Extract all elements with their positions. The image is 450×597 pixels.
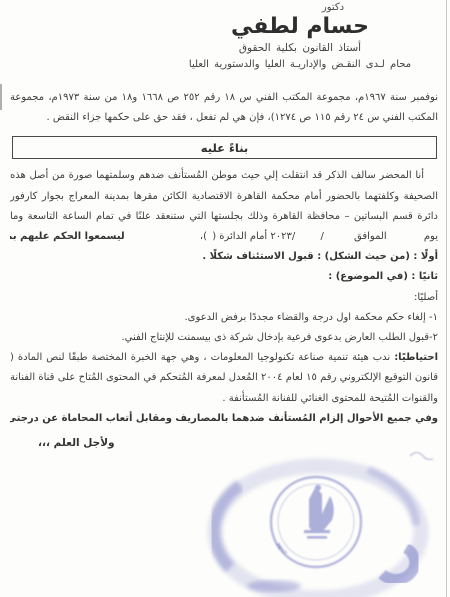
first-demand-form: أولًا : (من حيث الشكل) : قبول الاستئناف … — [10, 247, 438, 267]
precaution-line-2: قانون التوقيع الإلكتروني رقم ١٥ لعام ٢٠٠… — [10, 368, 438, 388]
stamp-top-right-arc — [368, 470, 416, 525]
session-date-line: يوم الموافق / /٢٠٢٣ أمام الدائرة ( )، لي… — [10, 227, 438, 247]
second-demand-subject: ثانيًا : (في الموضوع) : — [10, 267, 438, 287]
for-knowledge-closing: ولأجل العلم ،،، — [38, 433, 438, 453]
service-line-2: الصحيفة وكلفتهما بالحضور أمام محكمة القا… — [10, 187, 438, 207]
demand-item-2: ٢-قبول الطلب العارض بدعوى فرعية بإدخال ش… — [10, 328, 438, 348]
precaution-text-1: ندب هيئة تنمية صناعة تكنولوجيا المعلومات… — [10, 352, 438, 368]
scan-left-smudge — [0, 84, 2, 110]
banner-title: بناءً عليه — [201, 141, 248, 155]
banner-box: بناءً عليه — [12, 136, 437, 159]
circuit-blank-close: )، — [200, 227, 207, 247]
letterhead: دكتور حسام لطفي أستاذ القانون بكلية الحق… — [120, 2, 450, 70]
precaution-label: احتياطيًا: — [394, 352, 438, 363]
stamp-outer-smudge — [215, 466, 421, 597]
lawyer-title: أستاذ القانون بكلية الحقوق — [120, 42, 450, 54]
stamp-inner-circle — [271, 477, 361, 567]
day-label: يوم — [424, 227, 438, 247]
demand-item-1: ١- إلغاء حكم محكمة اول درجة والقضاء مجدد… — [10, 308, 438, 328]
document-page: دكتور حسام لطفي أستاذ القانون بكلية الحق… — [0, 0, 450, 597]
precaution-line-1: احتياطيًا: ندب هيئة تنمية صناعة تكنولوجي… — [10, 348, 438, 368]
citation-line-1: نوفمبر سنة ١٩٦٧م، مجموعة المكتب الفني س … — [10, 88, 438, 108]
precaution-line-3: والقنوات المُتيحة للمحتوى الغنائي للفنان… — [10, 389, 438, 409]
date-label: الموافق — [354, 227, 387, 247]
official-eagle-stamp: جمهورية مصر العربية — [178, 450, 450, 597]
date-slash: / — [320, 227, 323, 247]
service-line-1: أنا المحضر سالف الذكر قد انتقلت إلي حيث … — [10, 166, 438, 186]
stamp-left-crescent — [214, 485, 240, 568]
stamp-arc-text: جمهورية مصر العربية — [178, 450, 290, 556]
scan-edge-line — [446, 0, 447, 597]
pen-squiggle — [410, 453, 433, 460]
year-and-court: /٢٠٢٣ أمام الدائرة ( — [212, 227, 295, 247]
citation-line-2: المكتب الفني س ٢٤ رقم ١١٥ ص ١٢٧٤)، فإن ه… — [10, 108, 438, 128]
lawyer-bar-admissions: محام لـدى النقـض والإداريـة العليا والدس… — [120, 59, 450, 70]
principal-label: أصليًا: — [10, 288, 438, 308]
document-body: نوفمبر سنة ١٩٦٧م، مجموعة المكتب الفني س … — [10, 88, 438, 453]
hear-verdict-text: ليسمعوا الحكم عليهم بما يلي: — [10, 227, 125, 247]
service-line-3: دائرة قسم البساتين – محافظة القاهرة وذلك… — [10, 207, 438, 227]
costs-clause: وفي جميع الأحوال إلزام المُستأنف ضدهما ب… — [10, 409, 438, 429]
honorific: دكتور — [153, 2, 450, 13]
eagle-icon — [304, 485, 334, 539]
stamp-hook-blob — [382, 548, 415, 579]
lawyer-name: حسام لطفي — [120, 14, 450, 39]
stamp-inner-circle-2 — [278, 484, 354, 560]
stamp-bottom-smudge — [247, 580, 301, 592]
